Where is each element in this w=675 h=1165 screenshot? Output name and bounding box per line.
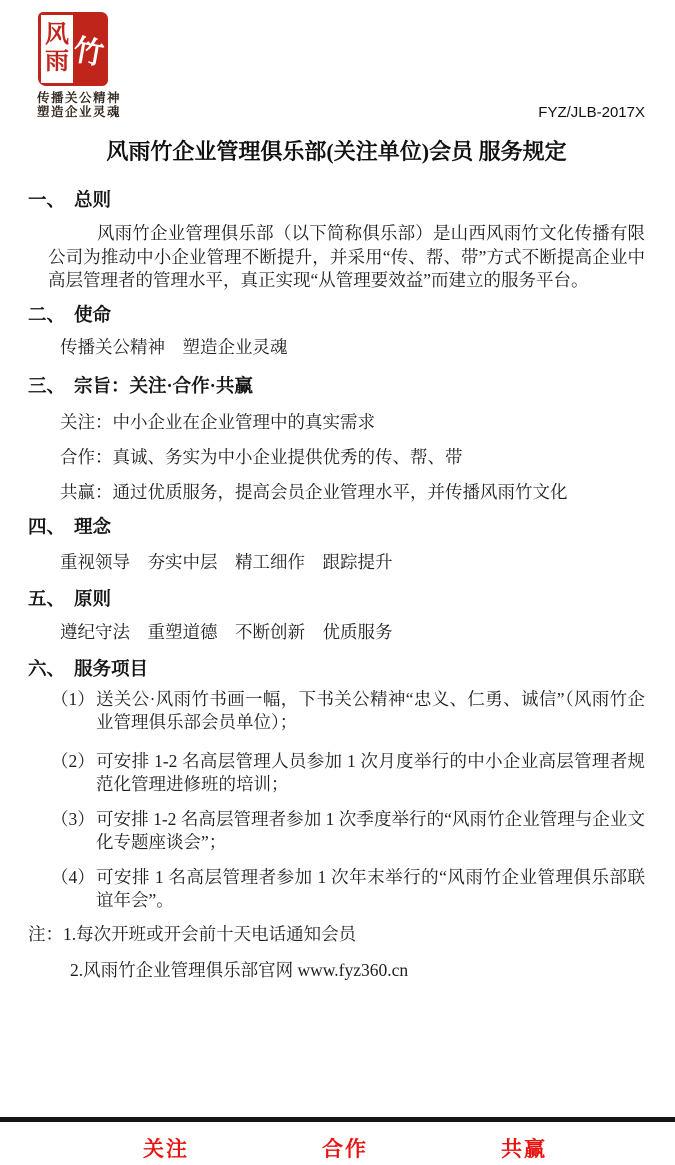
section-principles: 五、 原则 遵纪守法 重塑道德 不断创新 优质服务: [28, 588, 645, 645]
note-label: 注：: [28, 923, 63, 947]
notes-block: 注： 1.每次开班或开会前十天电话通知会员 2.风雨竹企业管理俱乐部官网 www…: [28, 923, 645, 983]
section-title: 宗旨：关注·合作·共赢: [74, 375, 253, 399]
service-item-3: （3） 可安排 1-2 名高层管理者参加 1 次季度举行的“风雨竹企业管理与企业…: [51, 808, 645, 855]
section-mission: 二、 使命 传播关公精神 塑造企业灵魂: [28, 304, 645, 360]
section-title: 原则: [74, 588, 111, 612]
service-item-number: （3）: [51, 808, 96, 855]
purpose-line-guanzhu: 关注：中小企业在企业管理中的真实需求: [60, 411, 645, 435]
philosophy-line: 重视领导 夯实中层 精工细作 跟踪提升: [60, 551, 645, 575]
section-body-paragraph: 风雨竹企业管理俱乐部（以下简称俱乐部）是山西风雨竹文化传播有限公司为推动中小企业…: [48, 222, 645, 293]
section-general: 一、 总则 风雨竹企业管理俱乐部（以下简称俱乐部）是山西风雨竹文化传播有限公司为…: [28, 189, 645, 293]
purpose-line-gongying: 共赢：通过优质服务，提高会员企业管理水平，并传播风雨竹文化: [60, 481, 645, 505]
service-item-text: 可安排 1-2 名高层管理人员参加 1 次月度举行的中小企业高层管理者规范化管理…: [96, 750, 645, 797]
seal-left-panel: 风 雨: [41, 15, 73, 83]
section-heading: 五、 原则: [28, 588, 645, 612]
section-heading: 六、 服务项目: [28, 658, 645, 682]
section-number: 二、: [28, 304, 74, 328]
mission-line: 传播关公精神 塑造企业灵魂: [60, 336, 645, 360]
footer-divider: [0, 1117, 675, 1122]
seal-char-feng: 风: [45, 22, 69, 49]
page-title: 风雨竹企业管理俱乐部(关注单位)会员 服务规定: [28, 0, 645, 167]
section-title: 使命: [74, 304, 111, 328]
section-services: 六、 服务项目 （1） 送关公·风雨竹书画一幅，下书关公精神“忠义、仁勇、诚信”…: [28, 658, 645, 913]
document-code: FYZ/JLB-2017X: [538, 104, 645, 121]
footer-word-hezuo: 合作: [322, 1133, 368, 1163]
section-purpose: 三、 宗旨：关注·合作·共赢 关注：中小企业在企业管理中的真实需求 合作：真诚、…: [28, 375, 645, 505]
service-item-text: 可安排 1-2 名高层管理者参加 1 次季度举行的“风雨竹企业管理与企业文化专题…: [96, 808, 645, 855]
section-number: 四、: [28, 516, 74, 540]
logo-tagline: 传播关公精神 塑造企业灵魂: [37, 91, 121, 119]
section-heading: 二、 使命: [28, 304, 645, 328]
document-page: 风 雨 竹 传播关公精神 塑造企业灵魂 FYZ/JLB-2017X 风雨竹企业管…: [0, 0, 675, 1165]
section-title: 理念: [74, 516, 111, 540]
section-number: 三、: [28, 375, 74, 399]
service-item-4: （4） 可安排 1 名高层管理者参加 1 次年末举行的“风雨竹企业管理俱乐部联谊…: [51, 866, 645, 913]
logo-tagline-line1: 传播关公精神: [37, 91, 121, 105]
section-title: 服务项目: [74, 658, 148, 682]
section-number: 一、: [28, 189, 74, 213]
document-content: 风雨竹企业管理俱乐部(关注单位)会员 服务规定 一、 总则 风雨竹企业管理俱乐部…: [0, 0, 675, 983]
section-philosophy: 四、 理念 重视领导 夯实中层 精工细作 跟踪提升: [28, 516, 645, 575]
service-item-text: 可安排 1 名高层管理者参加 1 次年末举行的“风雨竹企业管理俱乐部联谊年会”。: [96, 866, 645, 913]
section-heading: 一、 总则: [28, 189, 645, 213]
section-heading: 四、 理念: [28, 516, 645, 540]
service-item-2: （2） 可安排 1-2 名高层管理人员参加 1 次月度举行的中小企业高层管理者规…: [51, 750, 645, 797]
service-item-number: （4）: [51, 866, 96, 913]
service-item-number: （1）: [51, 688, 96, 735]
logo-tagline-line2: 塑造企业灵魂: [37, 105, 121, 119]
seal-char-zhu: 竹: [70, 25, 107, 74]
service-item-number: （2）: [51, 750, 96, 797]
seal-char-yu: 雨: [45, 49, 69, 76]
footer-word-gongying: 共赢: [501, 1133, 547, 1163]
footer-word-guanzhu: 关注: [143, 1133, 189, 1163]
note-line-2: 2.风雨竹企业管理俱乐部官网 www.fyz360.cn: [70, 959, 645, 983]
seal-right-panel: 竹: [73, 15, 105, 83]
note-text-1: 1.每次开班或开会前十天电话通知会员: [63, 923, 356, 947]
principles-line: 遵纪守法 重塑道德 不断创新 优质服务: [60, 621, 645, 645]
section-number: 五、: [28, 588, 74, 612]
service-item-1: （1） 送关公·风雨竹书画一幅，下书关公精神“忠义、仁勇、诚信”（风雨竹企业管理…: [51, 688, 645, 735]
note-line-1: 注： 1.每次开班或开会前十天电话通知会员: [28, 923, 645, 947]
fengyuzhu-seal-logo: 风 雨 竹: [38, 12, 108, 86]
section-heading: 三、 宗旨：关注·合作·共赢: [28, 375, 645, 399]
purpose-line-hezuo: 合作：真诚、务实为中小企业提供优秀的传、帮、带: [60, 446, 645, 470]
service-item-text: 送关公·风雨竹书画一幅，下书关公精神“忠义、仁勇、诚信”（风雨竹企业管理俱乐部会…: [96, 688, 645, 735]
section-title: 总则: [74, 189, 111, 213]
section-number: 六、: [28, 658, 74, 682]
